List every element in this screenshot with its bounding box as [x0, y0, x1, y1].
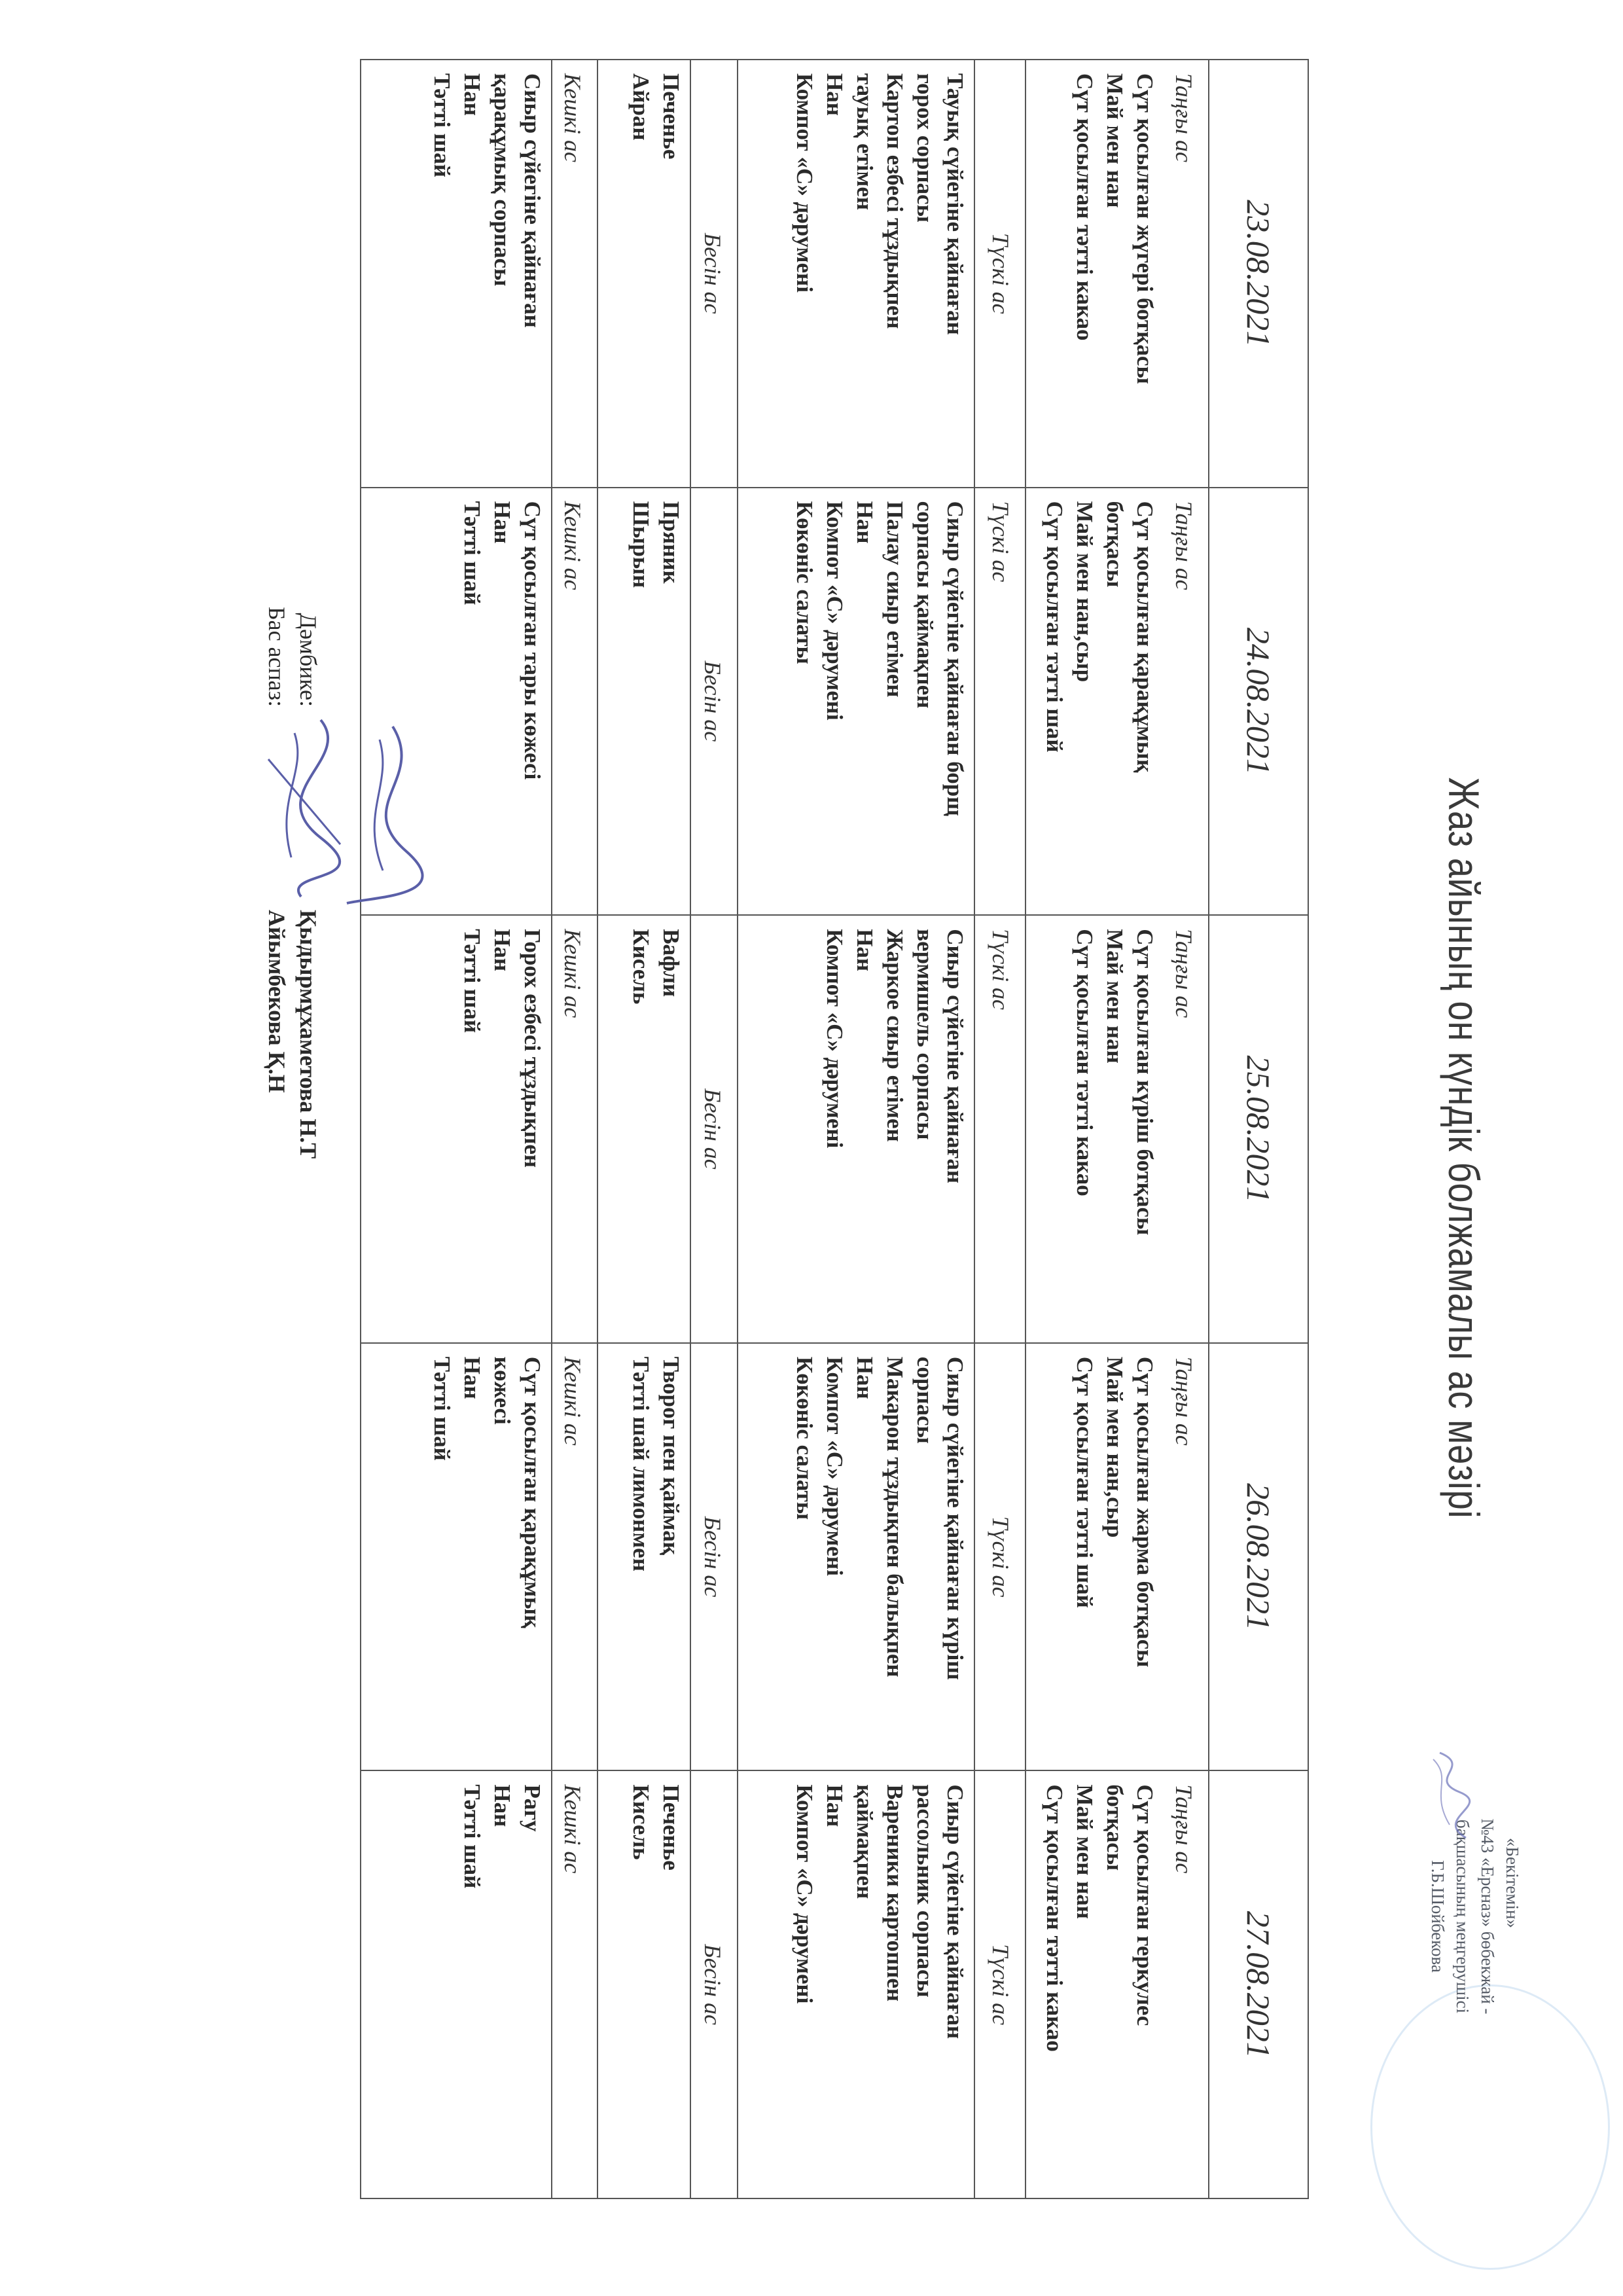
menu-item: Сиыр сүйегіне қайнаған — [517, 73, 547, 474]
menu-item: Айран — [626, 73, 656, 474]
meal-label: Таңғы ас — [1164, 60, 1208, 487]
menu-item: вермишель сорпасы — [910, 929, 940, 1329]
menu-item: Сиыр сүйегіне қайнаған күріш — [940, 1357, 970, 1757]
menu-document-page: «Бекітемін» №43 «Ерсназ» бөбекжай - бақш… — [0, 0, 1623, 2296]
date-header: 23.08.2021 — [1209, 60, 1308, 488]
menu-item: ботқасы — [1099, 1784, 1130, 2185]
date-header-row: 23.08.2021 24.08.2021 25.08.2021 26.08.2… — [1209, 60, 1308, 2198]
menu-item: Шырын — [626, 501, 656, 902]
menu-item: Май мен нан,сыр — [1099, 1357, 1130, 1757]
meal-label-cell: Бесін ас — [690, 915, 738, 1343]
menu-item: Сиыр сүйегіне қайнаған — [940, 1784, 970, 2185]
menu-item: рассольник сорпасы — [910, 1784, 940, 2185]
meal-label: Түскі ас — [980, 916, 1025, 1342]
meal-label: Бесін ас — [692, 1771, 737, 2198]
meal-label: Кешкі ас — [552, 488, 597, 915]
menu-item: Вареники картоппен — [880, 1784, 910, 2185]
menu-item: Сүт қосылған қарақұмық — [517, 1357, 547, 1757]
meal-label: Түскі ас — [980, 488, 1025, 915]
menu-item: Компот «С» дәрумені — [819, 1357, 849, 1757]
breakfast-cell: Таңғы ас Сүт қосылған геркулес ботқасы М… — [1026, 1770, 1209, 2198]
menu-item: Печенье — [656, 1784, 686, 2185]
menu-item: Компот «С» дәрумені — [819, 929, 849, 1329]
meal-label: Бесін ас — [692, 60, 737, 487]
menu-item: Май мен нан,сыр — [1069, 501, 1099, 902]
meal-label-cell: Кешкі ас — [552, 1343, 597, 1771]
lunch-cell: Сиыр сүйегіне қайнаған рассольник сорпас… — [738, 1770, 974, 2198]
lunch-cell: Сиыр сүйегіне қайнаған борщ сорпасы қайм… — [738, 488, 974, 916]
signature-name: Айымбекова Қ.Н — [261, 910, 293, 1316]
meal-label-cell: Бесін ас — [690, 488, 738, 916]
lunch-row: Тауық сүйегіне қайнаған горох сорпасы Ка… — [738, 60, 974, 2198]
breakfast-cell: Таңғы ас Сүт қосылған күріш ботқасы Май … — [1026, 915, 1209, 1343]
menu-item: Горох езбесі тұздықпен — [517, 929, 547, 1329]
approval-label: «Бекітемін» — [1500, 1733, 1525, 2100]
date-header: 26.08.2021 — [1209, 1343, 1308, 1771]
menu-item: ботқасы — [1099, 501, 1130, 902]
meal-label-cell: Кешкі ас — [552, 1770, 597, 2198]
menu-item: Көкөніс салаты — [789, 1357, 819, 1757]
snack-cell: Печенье Кисель — [597, 1770, 690, 2198]
menu-item: Май мен нан — [1099, 73, 1130, 474]
meal-label: Түскі ас — [980, 60, 1025, 487]
menu-item: Макарон тұздықпен балықпен — [880, 1357, 910, 1757]
menu-item: Нан — [457, 73, 487, 474]
menu-item: Тәтті шай — [457, 929, 487, 1329]
menu-item: Кисель — [626, 929, 656, 1329]
snack-cell: Печенье Айран — [597, 60, 690, 488]
menu-item: Нан — [849, 501, 880, 902]
menu-item: Көкөніс салаты — [789, 501, 819, 902]
menu-item: Компот «С» дәрумені — [789, 73, 819, 474]
meal-label-cell: Түскі ас — [974, 915, 1026, 1343]
snack-cell: Творог пен қаймақ Тәтті шай лимонмен — [597, 1343, 690, 1771]
meal-label-cell: Түскі ас — [974, 60, 1026, 488]
dinner-header-row: Кешкі ас Кешкі ас Кешкі ас Кешкі ас Кешк… — [552, 60, 597, 2198]
signature-role: Дәмбике: — [293, 308, 324, 707]
menu-item: Сүт қосылған тәтті какао — [1069, 73, 1099, 474]
menu-item: сорпасы — [910, 1357, 940, 1757]
menu-item: Сүт қосылған күріш ботқасы — [1130, 929, 1160, 1329]
menu-item: Компот «С» дәрумені — [789, 1784, 819, 2185]
meal-label-cell: Түскі ас — [974, 1770, 1026, 2198]
meal-label-cell: Түскі ас — [974, 488, 1026, 916]
meal-label: Таңғы ас — [1164, 1344, 1208, 1770]
dinner-row: Сиыр сүйегіне қайнаған қарақұмық сорпасы… — [361, 60, 552, 2198]
menu-item: Сүт қосылған тәтті какао — [1069, 929, 1099, 1329]
menu-item: Тәтті шай — [457, 501, 487, 902]
menu-item: Картоп езбесі тұздықпен — [880, 73, 910, 474]
signature-row: Бас аспаз: Айымбекова Қ.Н — [261, 308, 293, 1316]
breakfast-cell: Таңғы ас Сүт қосылған жарма ботқасы Май … — [1026, 1343, 1209, 1771]
menu-item: Нан — [849, 1357, 880, 1757]
menu-item: қаймақпен — [849, 1784, 880, 2185]
menu-item: сорпасы қаймақпен — [910, 501, 940, 902]
dinner-cell: Сиыр сүйегіне қайнаған қарақұмық сорпасы… — [361, 60, 552, 488]
menu-item: Сүт қосылған тары көжесі — [517, 501, 547, 902]
snack-row: Печенье Айран Пряник Шырын Вафли Кисель … — [597, 60, 690, 2198]
breakfast-cell: Таңғы ас Сүт қосылған қарақұмық ботқасы … — [1026, 488, 1209, 916]
snack-header-row: Бесін ас Бесін ас Бесін ас Бесін ас Бесі… — [690, 60, 738, 2198]
menu-item: Палау сиыр етімен — [880, 501, 910, 902]
menu-item: Вафли — [656, 929, 686, 1329]
menu-item: Нан — [457, 1357, 487, 1757]
meal-label-cell: Кешкі ас — [552, 60, 597, 488]
menu-item: Май мен нан — [1069, 1784, 1099, 2185]
meal-label-cell: Түскі ас — [974, 1343, 1026, 1771]
menu-item: Тәтті шай — [427, 73, 457, 474]
menu-item: Сүт қосылған тәтті какао — [1039, 1784, 1069, 2185]
snack-cell: Пряник Шырын — [597, 488, 690, 916]
signature-block: Дәмбике: Қыдырмұхаметова Н.Т Бас аспаз: … — [261, 308, 324, 1316]
meal-label: Түскі ас — [980, 1771, 1025, 2198]
menu-item: Компот «С» дәрумені — [819, 501, 849, 902]
date-header: 24.08.2021 — [1209, 488, 1308, 916]
menu-table: 23.08.2021 24.08.2021 25.08.2021 26.08.2… — [360, 59, 1309, 2199]
meal-label: Таңғы ас — [1164, 916, 1208, 1342]
document-title: Жаз айының он күндік болжамалы ас мәзірі — [1439, 207, 1489, 2090]
menu-item: қарақұмық сорпасы — [487, 73, 517, 474]
menu-item: Нан — [849, 929, 880, 1329]
date-header: 27.08.2021 — [1209, 1770, 1308, 2198]
meal-label-cell: Бесін ас — [690, 1770, 738, 2198]
lunch-cell: Сиыр сүйегіне қайнаған вермишель сорпасы… — [738, 915, 974, 1343]
meal-label: Кешкі ас — [552, 1771, 597, 2198]
lunch-cell: Тауық сүйегіне қайнаған горох сорпасы Ка… — [738, 60, 974, 488]
snack-cell: Вафли Кисель — [597, 915, 690, 1343]
dinner-cell: Сүт қосылған қарақұмық көжесі Нан Тәтті … — [361, 1343, 552, 1771]
meal-label-cell: Бесін ас — [690, 1343, 738, 1771]
meal-label: Бесін ас — [692, 488, 737, 915]
signature-name: Қыдырмұхаметова Н.Т — [293, 910, 324, 1316]
menu-item: Нан — [819, 1784, 849, 2185]
dinner-cell: Рагу Нан Тәтті шай — [361, 1770, 552, 2198]
menu-item: Тәтті шай лимонмен — [626, 1357, 656, 1757]
menu-item: Сүт қосылған тәтті шай — [1039, 501, 1069, 902]
menu-item: Сүт қосылған геркулес — [1130, 1784, 1160, 2185]
meal-label: Таңғы ас — [1164, 1771, 1208, 2198]
menu-item: Творог пен қаймақ — [656, 1357, 686, 1757]
menu-item: тауық етімен — [849, 73, 880, 474]
dinner-cell: Горох езбесі тұздықпен Нан Тәтті шай — [361, 915, 552, 1343]
meal-label: Кешкі ас — [552, 916, 597, 1342]
menu-item: Нан — [487, 929, 517, 1329]
breakfast-cell: Таңғы ас Сүт қосылған жүгері ботқасы Май… — [1026, 60, 1209, 488]
menu-item: көжесі — [487, 1357, 517, 1757]
menu-item: Май мен нан — [1099, 929, 1130, 1329]
menu-item: Сиыр сүйегіне қайнаған борщ — [940, 501, 970, 902]
menu-item: Жаркое сиыр етімен — [880, 929, 910, 1329]
meal-label: Таңғы ас — [1164, 488, 1208, 915]
menu-item: Пряник — [656, 501, 686, 902]
breakfast-row: Таңғы ас Сүт қосылған жүгері ботқасы Май… — [1026, 60, 1209, 2198]
signature-row: Дәмбике: Қыдырмұхаметова Н.Т — [293, 308, 324, 1316]
meal-label: Түскі ас — [980, 1344, 1025, 1770]
signature-role: Бас аспаз: — [261, 308, 293, 707]
menu-item: Сиыр сүйегіне қайнаған — [940, 929, 970, 1329]
meal-label-cell: Бесін ас — [690, 60, 738, 488]
menu-item: Сүт қосылған тәтті шай — [1069, 1357, 1099, 1757]
meal-label: Бесін ас — [692, 916, 737, 1342]
meal-label: Бесін ас — [692, 1344, 737, 1770]
lunch-cell: Сиыр сүйегіне қайнаған күріш сорпасы Мак… — [738, 1343, 974, 1771]
meal-label: Кешкі ас — [552, 60, 597, 487]
meal-label-cell: Кешкі ас — [552, 915, 597, 1343]
lunch-header-row: Түскі ас Түскі ас Түскі ас Түскі ас Түск… — [974, 60, 1026, 2198]
menu-item: Нан — [487, 501, 517, 902]
meal-label: Кешкі ас — [552, 1344, 597, 1770]
menu-item: Рагу — [517, 1784, 547, 2185]
menu-item: Тәтті шай — [457, 1784, 487, 2185]
menu-item: Нан — [487, 1784, 517, 2185]
menu-item: Тәтті шай — [427, 1357, 457, 1757]
menu-item: горох сорпасы — [910, 73, 940, 474]
menu-item: Нан — [819, 73, 849, 474]
menu-item: Сүт қосылған жүгері ботқасы — [1130, 73, 1160, 474]
menu-item: Тауық сүйегіне қайнаған — [940, 73, 970, 474]
menu-item: Сүт қосылған жарма ботқасы — [1130, 1357, 1160, 1757]
menu-item: Кисель — [626, 1784, 656, 2185]
menu-item: Печенье — [656, 73, 686, 474]
date-header: 25.08.2021 — [1209, 915, 1308, 1343]
meal-label-cell: Кешкі ас — [552, 488, 597, 916]
menu-item: Сүт қосылған қарақұмық — [1130, 501, 1160, 902]
